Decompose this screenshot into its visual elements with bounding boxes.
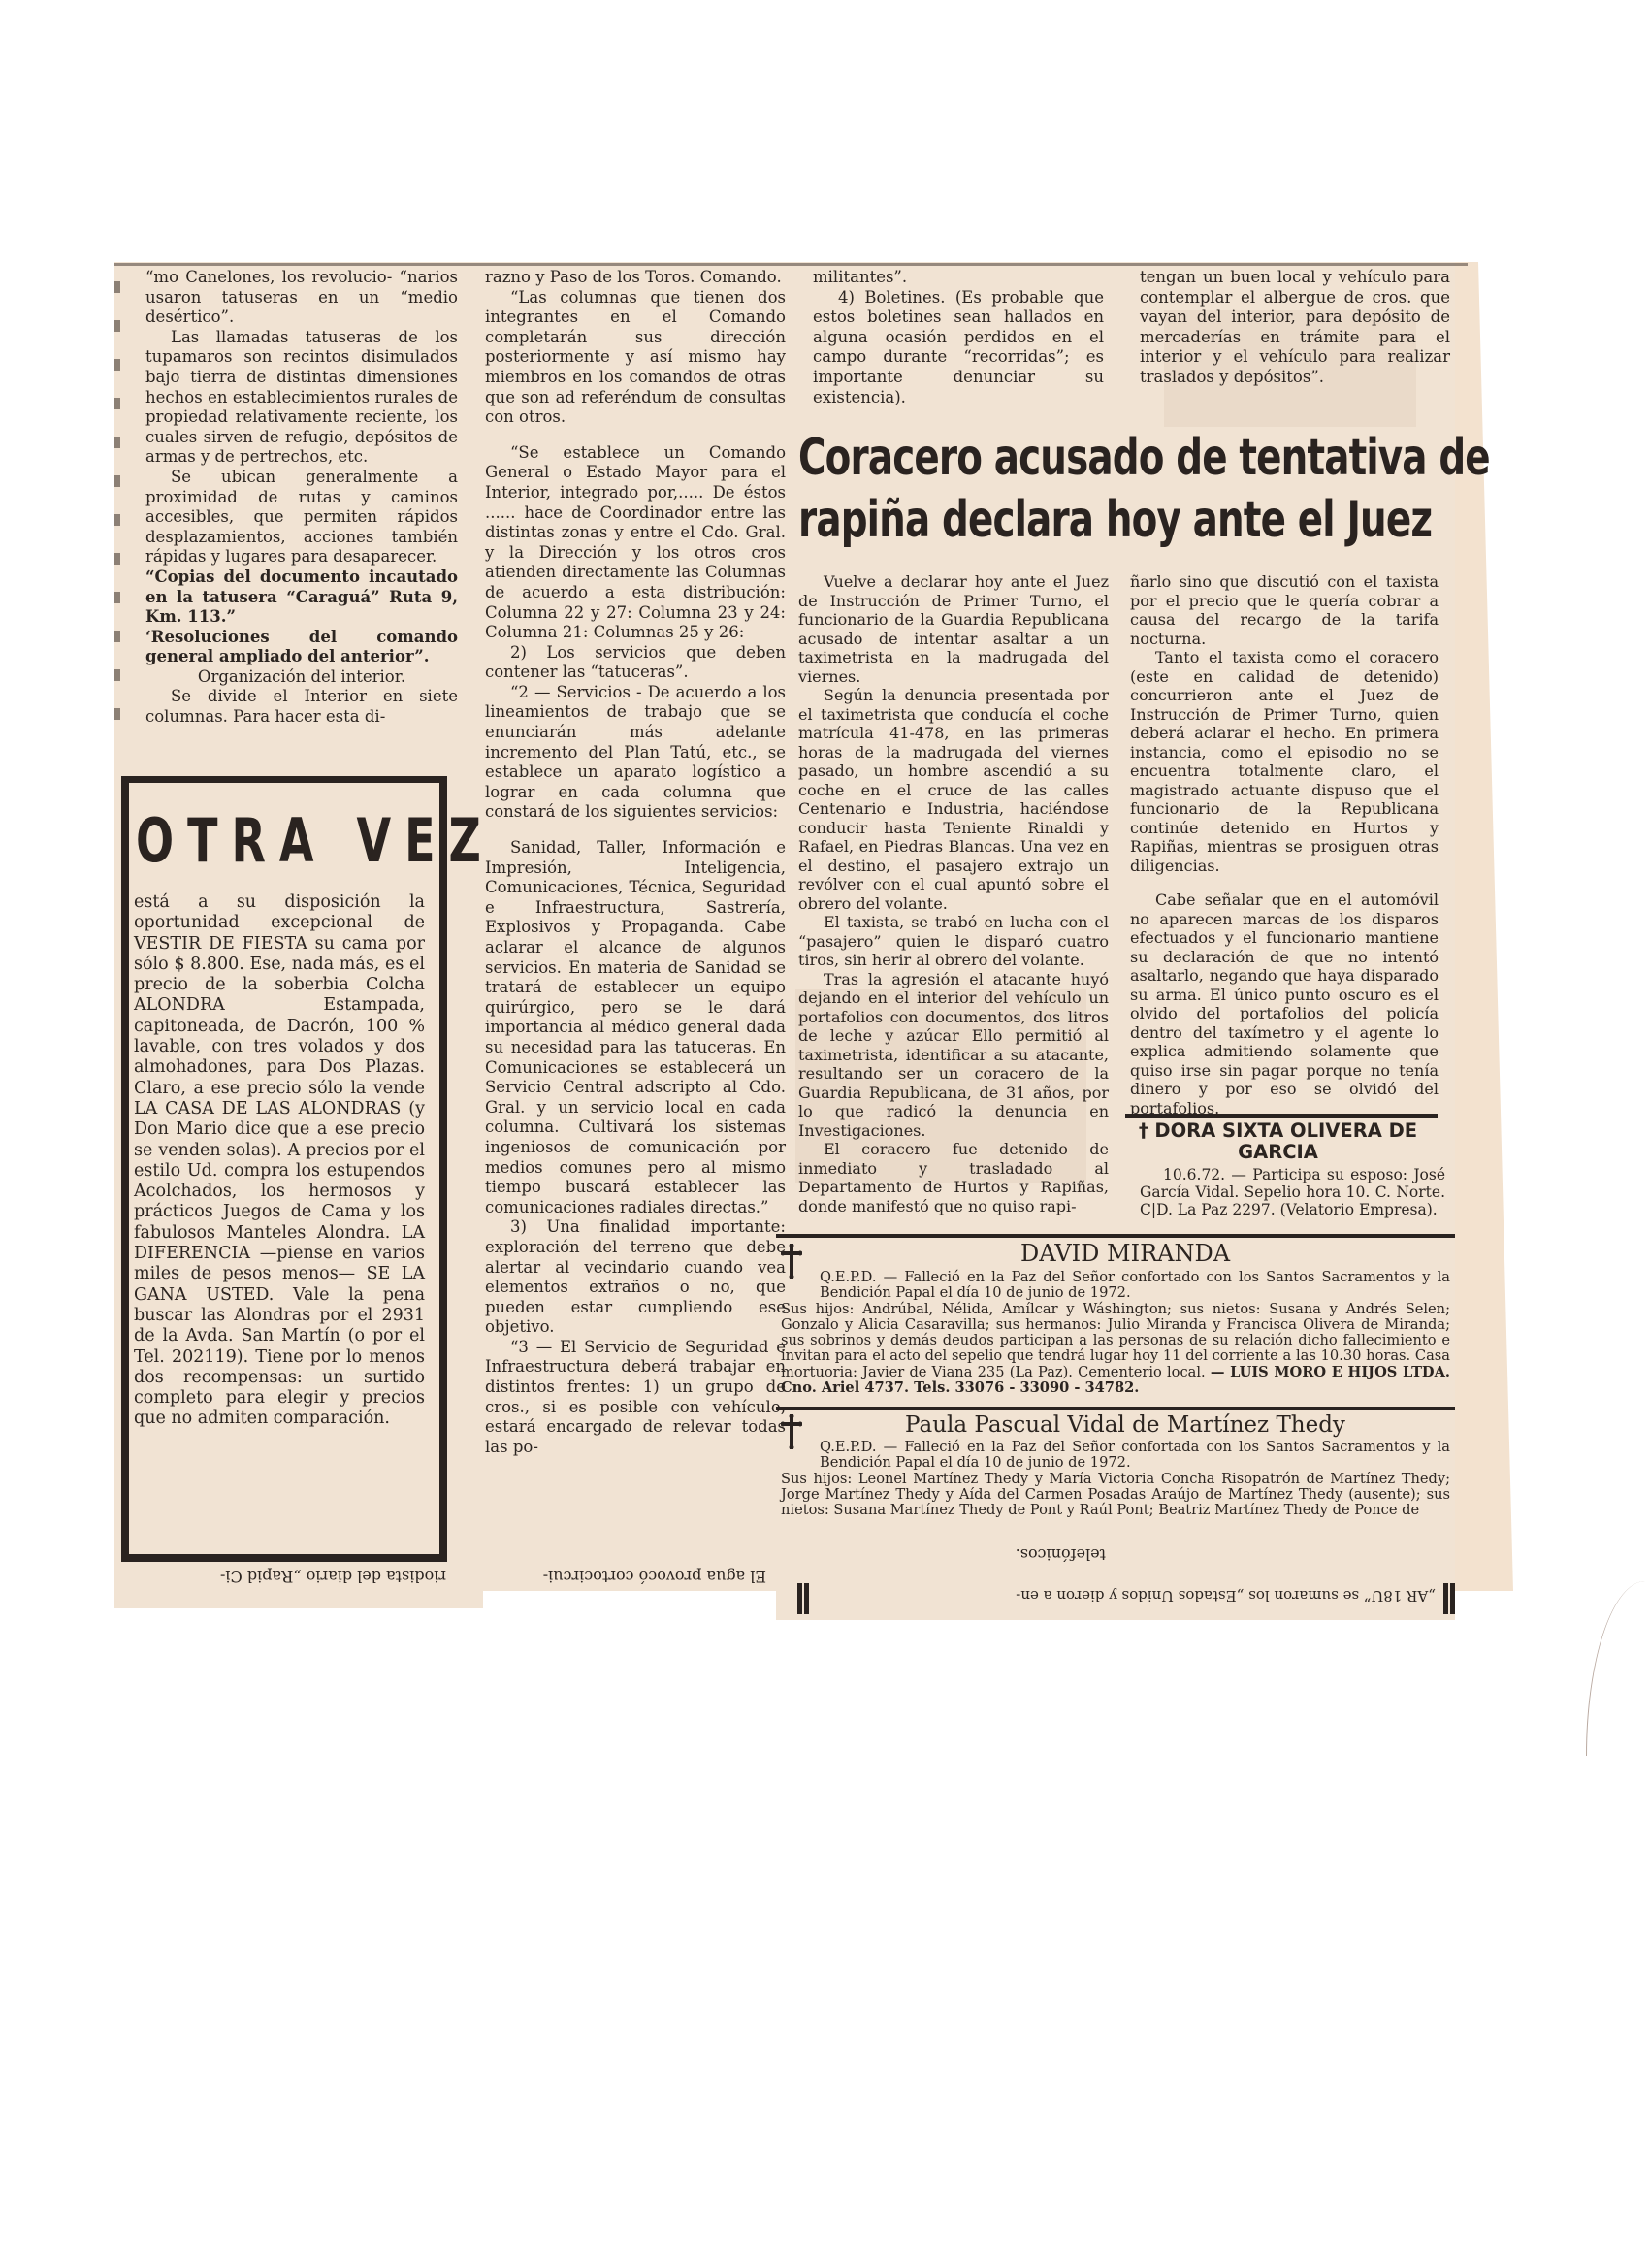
article-column-2: razno y Paso de los Toros. Comando. “Las… [485, 268, 786, 1457]
paragraph: Tras la agresión el atacante huyó dejand… [798, 970, 1109, 1141]
article-column-4-top: tengan un buen local y vehículo para con… [1140, 268, 1450, 388]
upside-down-text: riodista del diario „Rapid Ci- [136, 1567, 446, 1586]
adjacent-column-remnant [114, 281, 122, 766]
advertisement-body: está a su disposición la oportunidad exc… [134, 892, 425, 1430]
upside-down-text: „AR 18U” se sumaron los „Estados Unidos … [834, 1586, 1436, 1605]
column-bar [804, 1583, 809, 1614]
paragraph: Se divide el Interior en siete columnas.… [145, 687, 458, 727]
paragraph: militantes”. [813, 268, 1104, 288]
article-column-1: “mo Canelones, los revolucio- “narios us… [145, 268, 458, 728]
section-divider [776, 1234, 1455, 1238]
death-notice-text: 10.6.72. — Participa su esposo: José Gar… [1140, 1167, 1445, 1218]
paragraph: Vuelve a declarar hoy ante el Juez de In… [798, 572, 1109, 686]
paragraph: tengan un buen local y vehículo para con… [1140, 268, 1450, 388]
obituary-body: Q.E.P.D. — Falleció en la Paz del Señor … [781, 1440, 1450, 1518]
paragraph: Las llamadas tatuseras de los tupamaros … [145, 328, 458, 468]
subheading: Organización del interior. [145, 667, 458, 688]
paragraph: ñarlo sino que discutió con el taxista p… [1130, 572, 1439, 648]
column-bar [797, 1583, 802, 1614]
paragraph: 4) Boletines. (Es probable que estos bol… [813, 288, 1104, 408]
paragraph: “Se establece un Comando General o Estad… [485, 443, 786, 643]
article-body-column-a: Vuelve a declarar hoy ante el Juez de In… [798, 572, 1109, 1215]
paragraph: Sanidad, Taller, Información e Impresión… [485, 838, 786, 1217]
paragraph: 2) Los servicios que deben contener las … [485, 643, 786, 683]
scan-artifact [1586, 1581, 1645, 1756]
paragraph: Según la denuncia presentada por el taxi… [798, 686, 1109, 913]
paragraph: “2 — Servicios - De acuerdo a los lineam… [485, 683, 786, 823]
section-divider [776, 1407, 1455, 1410]
death-notice-name: † DORA SIXTA OLIVERA DE GARCIA [1115, 1120, 1440, 1163]
column-bar [1450, 1583, 1455, 1614]
section-divider [1125, 1114, 1438, 1118]
document-citation: ‘Resoluciones del comando general amplia… [145, 628, 458, 667]
article-body-column-b: ñarlo sino que discutió con el taxista p… [1130, 572, 1439, 1118]
obituary-name: Paula Pascual Vidal de Martínez Thedy [795, 1411, 1455, 1439]
paragraph: Se ubican generalmente a proximidad de r… [145, 468, 458, 567]
obituary-lead: Q.E.P.D. — Falleció en la Paz del Señor … [781, 1270, 1450, 1302]
paragraph: “mo Canelones, los revolucio- “narios us… [145, 268, 458, 328]
paragraph: El coracero fue detenido de inmediato y … [798, 1140, 1109, 1215]
clipping-top-rule [114, 263, 1468, 266]
article-headline: Coracero acusado de tentativa de rapiña … [798, 427, 1345, 551]
paragraph: El taxista, se trabó en lucha con el “pa… [798, 913, 1109, 970]
headline-line-2: rapiña declara hoy ante el Juez [798, 489, 1345, 551]
paragraph: razno y Paso de los Toros. Comando. [485, 268, 786, 288]
paragraph: “Las columnas que tienen dos integrantes… [485, 288, 786, 428]
headline-line-1: Coracero acusado de tentativa de [798, 427, 1345, 489]
paragraph: “3 — El Servicio de Seguridad e Infraest… [485, 1338, 786, 1458]
paragraph: 3) Una finalidad importante: exploración… [485, 1217, 786, 1338]
paragraph: Tanto el taxista como el coracero (este … [1130, 648, 1439, 875]
advertisement-title: OTRA VEZ [136, 805, 427, 876]
obituary-name: DAVID MIRANDA [795, 1240, 1455, 1267]
death-notice-body: 10.6.72. — Participa su esposo: José Gar… [1140, 1167, 1445, 1218]
obituary-text: Sus hijos: Leonel Martínez Thedy y María… [781, 1471, 1450, 1519]
paragraph: Cabe señalar que en el automóvil no apar… [1130, 891, 1439, 1118]
obituary-body: Q.E.P.D. — Falleció en la Paz del Señor … [781, 1270, 1450, 1396]
upside-down-text: El agua provocó cortocircui- [485, 1567, 766, 1586]
article-column-3-top: militantes”. 4) Boletines. (Es probable … [813, 268, 1104, 407]
upside-down-text: telefónicos. [815, 1544, 1106, 1564]
obituary-lead: Q.E.P.D. — Falleció en la Paz del Señor … [781, 1440, 1450, 1472]
column-bar [1443, 1583, 1448, 1614]
document-citation: “Copias del documento incautado en la ta… [145, 567, 458, 628]
